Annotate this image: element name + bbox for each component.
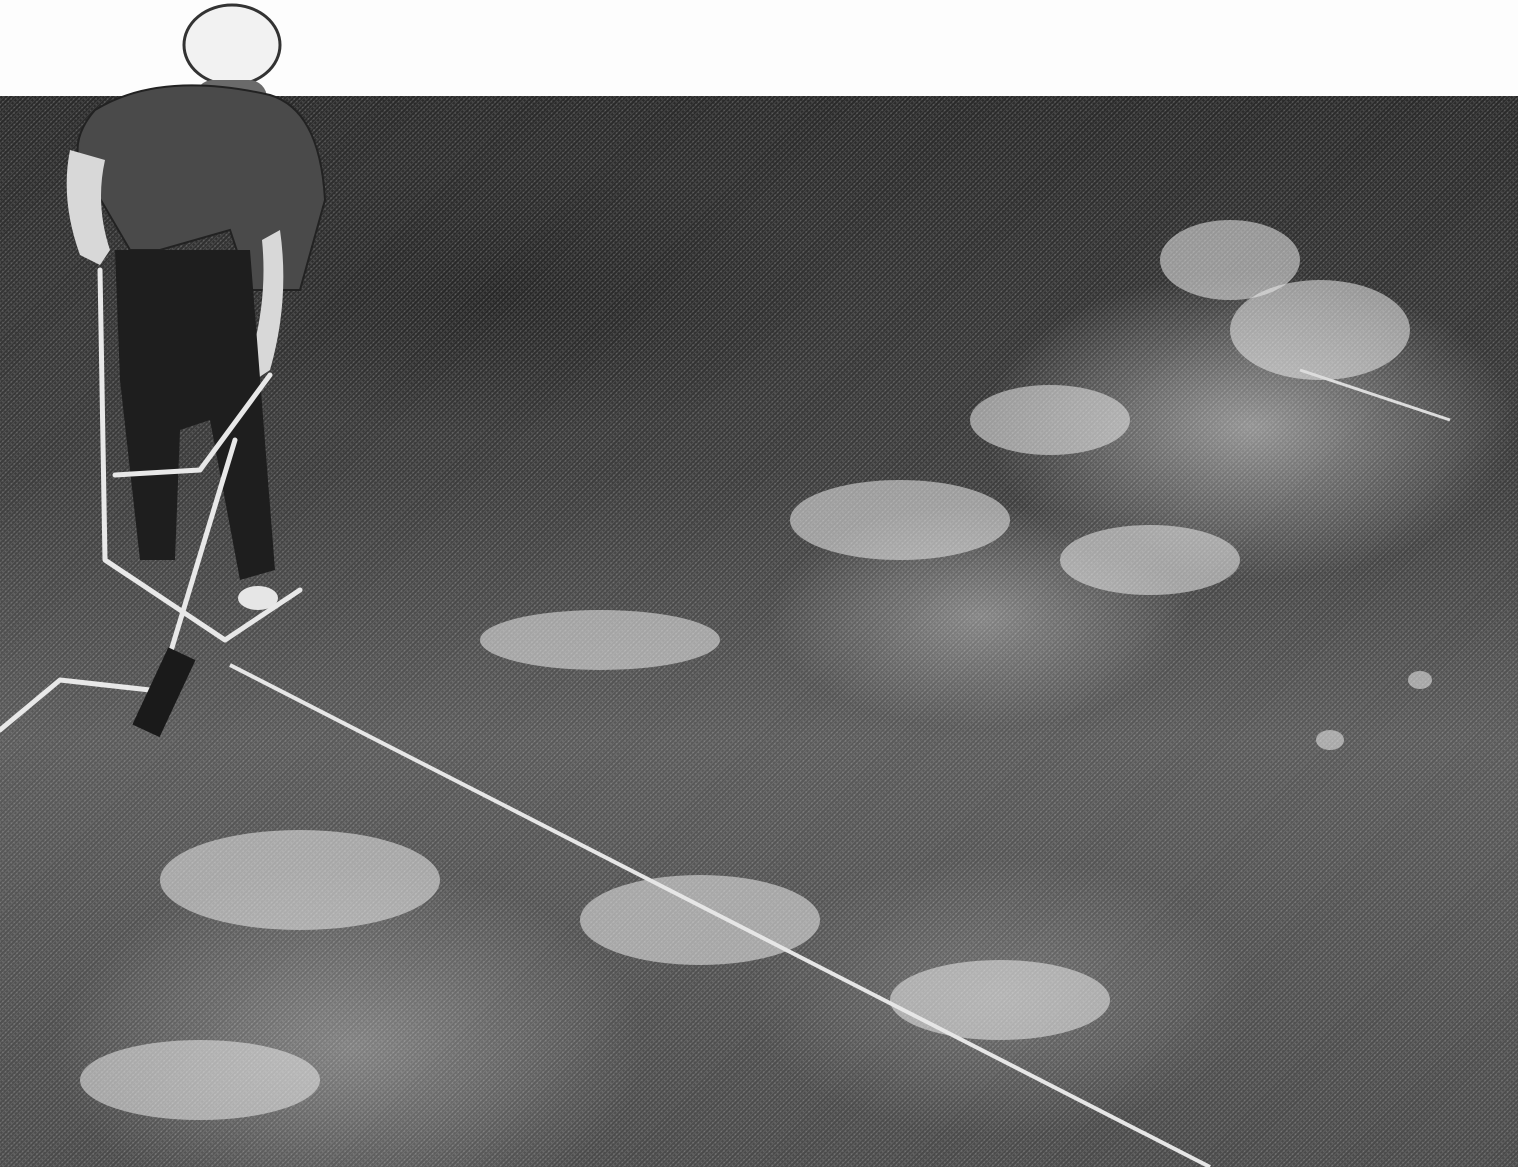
photo-scene — [0, 0, 1518, 1167]
cap — [184, 5, 280, 85]
photo-details — [0, 0, 1518, 1167]
